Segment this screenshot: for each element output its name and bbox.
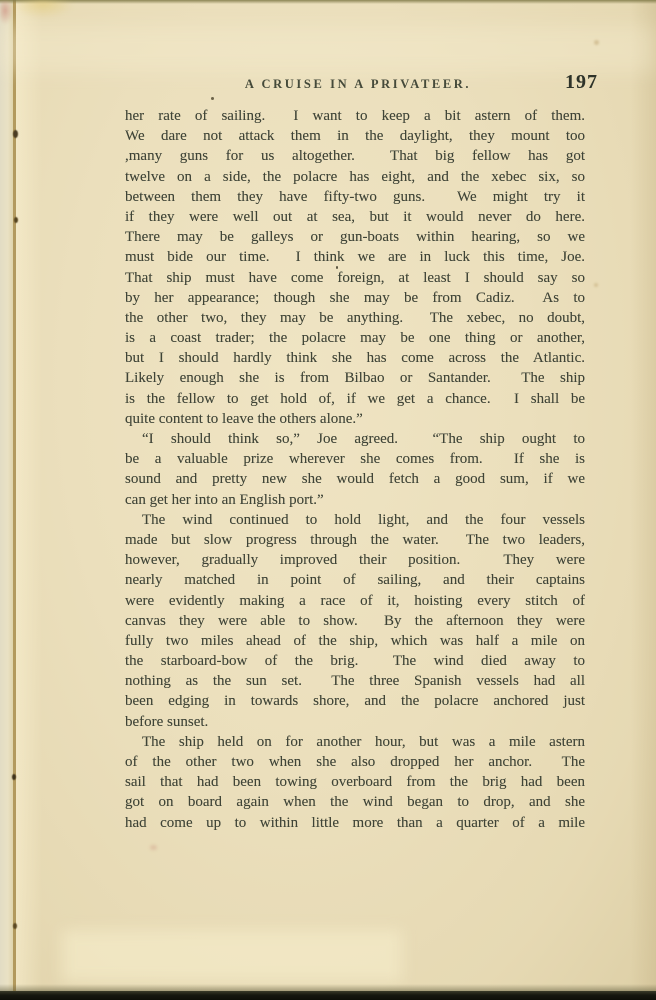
paper-freckle (594, 283, 598, 287)
text-line: got on board again when the wind began t… (125, 792, 585, 812)
text-line: nothing as the sun set. The three Spanis… (125, 671, 585, 691)
text-line: “I should think so,” Joe agreed. “The sh… (125, 429, 585, 449)
ink-speck (13, 923, 17, 929)
text-line: That ship must have come foreign, at lea… (125, 268, 585, 288)
text-line: sound and pretty new she would fetch a g… (125, 469, 585, 489)
left-highlight (16, 0, 42, 1000)
text-line: been edging in towards shore, and the po… (125, 691, 585, 711)
text-line: the starboard-bow of the brig. The wind … (125, 651, 585, 671)
text-line: if they were well out at sea, but it wou… (125, 207, 585, 227)
page-body: her rate of sailing. I want to keep a bi… (125, 106, 585, 833)
text-line: quite content to leave the others alone.… (125, 409, 585, 429)
text-line: before sunset. (125, 712, 585, 732)
page-number: 197 (565, 69, 598, 95)
text-line: is the fellow to get hold of, if we get … (125, 389, 585, 409)
text-line: nearly matched in point of sailing, and … (125, 570, 585, 590)
top-yellow-patch (14, 0, 72, 18)
text-line: however, gradually improved their positi… (125, 550, 585, 570)
bottom-scan-edge (0, 991, 656, 1000)
text-line: There may be galleys or gun-boats within… (125, 227, 585, 247)
text-line: canvas they were able to show. By the af… (125, 611, 585, 631)
text-line: had come up to within little more than a… (125, 813, 585, 833)
right-edge-shade (630, 0, 656, 1000)
text-line: can get her into an English port.” (125, 490, 585, 510)
ink-speck (12, 774, 16, 780)
page-header: A CRUISE IN A PRIVATEER. 197 (125, 72, 591, 96)
paragraph: “I should think so,” Joe agreed. “The sh… (125, 429, 585, 510)
ink-speck (13, 130, 18, 138)
ink-speck (211, 97, 214, 100)
text-line: between them they have fifty-two guns. W… (125, 187, 585, 207)
bottom-light-band (62, 930, 402, 982)
book-page-scan: A CRUISE IN A PRIVATEER. 197 her rate of… (0, 0, 656, 1000)
text-line: ,many guns for us altogether. That big f… (125, 146, 585, 166)
text-line: The wind continued to hold light, and th… (125, 510, 585, 530)
text-line: but I should hardly think she has come a… (125, 348, 585, 368)
running-header-title: A CRUISE IN A PRIVATEER. (125, 72, 591, 96)
top-light-band (0, 26, 656, 72)
paragraph: The wind continued to hold light, and th… (125, 510, 585, 732)
top-left-smudge (0, 1, 13, 25)
text-line: her rate of sailing. I want to keep a bi… (125, 106, 585, 126)
text-line: twelve on a side, the polacre has eight,… (125, 167, 585, 187)
text-line: We dare not attack them in the daylight,… (125, 126, 585, 146)
text-line: must bide our time. I think we are in lu… (125, 247, 585, 267)
paper-freckle (594, 40, 599, 45)
text-line: the other two, they may be anything. The… (125, 308, 585, 328)
paragraph: her rate of sailing. I want to keep a bi… (125, 106, 585, 429)
text-line: Likely enough she is from Bilbao or Sant… (125, 368, 585, 388)
text-line: be a valuable prize wherever she comes f… (125, 449, 585, 469)
text-line: is a coast trader; the polacre may be on… (125, 328, 585, 348)
paragraph: The ship held on for another hour, but w… (125, 732, 585, 833)
text-line: sail that had been towing overboard from… (125, 772, 585, 792)
text-line: by her appearance; though she may be fro… (125, 288, 585, 308)
text-line: of the other two when she also dropped h… (125, 752, 585, 772)
top-scan-edge (0, 0, 656, 4)
text-line: The ship held on for another hour, but w… (125, 732, 585, 752)
under-page-edge (0, 0, 13, 1000)
text-line: made but slow progress through the water… (125, 530, 585, 550)
paper-freckle (150, 845, 157, 850)
text-line: fully two miles ahead of the ship, which… (125, 631, 585, 651)
ink-speck (14, 217, 18, 223)
text-line: were evidently making a race of it, hois… (125, 591, 585, 611)
